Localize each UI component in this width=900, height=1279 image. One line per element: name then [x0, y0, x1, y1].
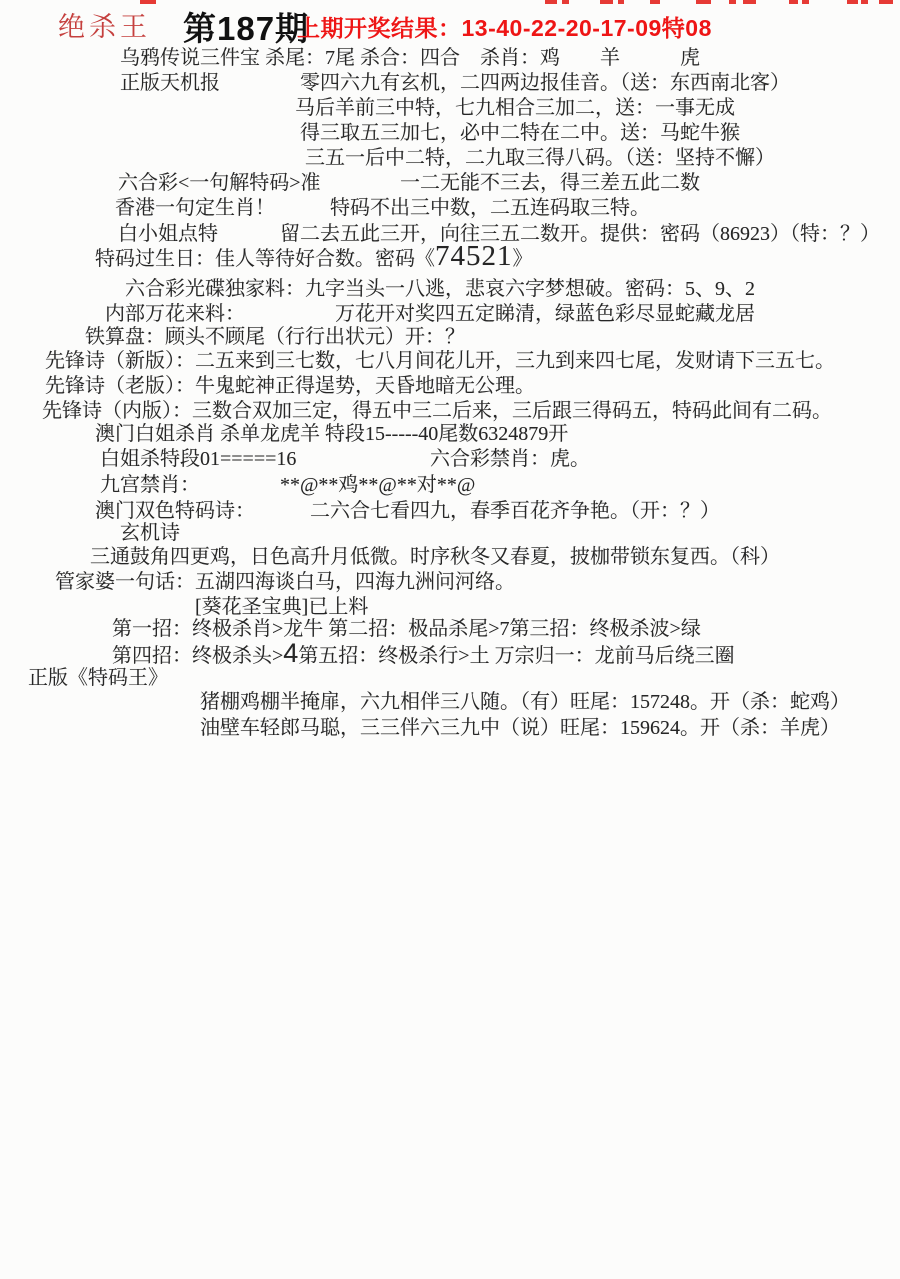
moves-4-5-post: 第五招：终极杀行>土 万宗归一：龙前马后绕三圈 [298, 645, 734, 667]
cutoff-text-artifact [847, 0, 858, 4]
line-tianjibao-label: 正版天机报 [120, 71, 220, 95]
line-hongkong-text: 特码不出三中数，二五连码取三特。 [330, 196, 650, 220]
line-tiesuanpan: 铁算盘：顾头不顾尾（行行出状元）开：？ [85, 325, 465, 349]
cutoff-text-artifact [545, 0, 557, 4]
cutoff-text-artifact [600, 0, 613, 4]
line-baixiaojie-text: 留二去五此三开，向往三五二数开。提供：密码（86923）（特：？） [280, 222, 880, 246]
cutoff-text-artifact [789, 0, 798, 4]
cutoff-text-artifact [861, 0, 868, 4]
line-banned-zodiac: 六合彩禁肖：虎。 [430, 447, 590, 471]
line-moves-1-2-3: 第一招：终极杀肖>龙牛 第二招：极品杀尾>7第三招：终极杀波>绿 [112, 617, 701, 641]
line-guanjiapo: 管家婆一句话：五湖四海谈白马，四海九洲问河络。 [55, 570, 515, 594]
moves-4-5-pre: 第四招：终极杀头> [112, 645, 283, 667]
line-wanhua-text: 万花开对奖四五定睇清，绿蓝色彩尽显蛇藏龙居 [335, 302, 755, 326]
issue-number: 第187期 [183, 3, 309, 50]
cutoff-text-artifact [140, 0, 156, 4]
line-wanhua-label: 内部万花来料： [105, 302, 245, 326]
line-hongkong-label: 香港一句定生肖！ [115, 196, 275, 220]
cutoff-text-artifact [696, 0, 711, 4]
birthday-code-pre: 特码过生日：佳人等待好合数。密码《 [95, 248, 435, 270]
cutoff-text-artifact [743, 0, 756, 4]
line-xuanjishi-title: 玄机诗 [120, 521, 180, 545]
line-temawang-title: 正版《特码王》 [28, 666, 168, 690]
lottery-tip-sheet: 绝杀王 第187期 上期开奖结果：13-40-22-20-17-09特08 乌鸦… [0, 0, 900, 1279]
line-crow-three-treasures: 乌鸦传说三件宝 杀尾：7尾 杀合：四合 杀肖：鸡 羊 虎 [120, 46, 700, 70]
line-baijie-shateduan: 白姐杀特段01=====16 [100, 447, 296, 471]
line-shuangse-label: 澳门双色特码诗： [95, 499, 255, 523]
line-birthday-code: 特码过生日：佳人等待好合数。密码《74521》 [95, 244, 533, 271]
line-moves-4-5: 第四招：终极杀头>4第五招：终极杀行>土 万宗归一：龙前马后绕三圈 [112, 641, 735, 668]
cutoff-text-artifact [650, 0, 660, 4]
line-jietema-label: 六合彩<一句解特码>准 [118, 171, 321, 195]
line-temawang-verse-2: 油壁车轻郎马聪，三三伴六三九中（说）旺尾：159624。开（杀：羊虎） [200, 716, 840, 740]
line-xuanjishi-poem: 三通鼓角四更鸡，日色高升月低微。时序秋冬又春夏，披枷带锁东复西。（科） [90, 545, 780, 569]
line-verse-2: 得三取五三加七，必中二特在二中。送：马蛇牛猴 [300, 121, 740, 145]
line-baixiaojie-label: 白小姐点特 [118, 222, 218, 246]
line-shuangse-text: 二六合七看四九，春季百花齐争艳。（开：？） [310, 499, 720, 523]
line-kuihua-title: [葵花圣宝典]已上料 [195, 595, 368, 619]
cutoff-text-artifact [562, 0, 569, 4]
birthday-code-number: 74521 [435, 240, 513, 272]
line-xianfeng-new: 先锋诗（新版）：二五来到三七数，七八月间花儿开，三九到来四七尾，发财请下三五七。 [45, 349, 835, 373]
line-verse-1: 马后羊前三中特，七九相合三加二，送：一事无成 [295, 96, 735, 120]
line-temawang-verse-1: 猪棚鸡棚半掩扉，六九相伴三八随。（有）旺尾：157248。开（杀：蛇鸡） [200, 690, 850, 714]
cutoff-text-artifact [618, 0, 624, 4]
line-verse-3: 三五一后中二特，二九取三得八码。（送：坚持不懈） [305, 146, 775, 170]
brand-title: 绝杀王 [58, 5, 151, 44]
line-xianfeng-old: 先锋诗（老版）：牛鬼蛇神正得逞势，天昏地暗无公理。 [45, 374, 535, 398]
line-jiugong-text: **@**鸡**@**对**@ [280, 473, 475, 497]
cutoff-text-artifact [802, 0, 809, 4]
line-tianjibao-text: 零四六九有玄机，二四两边报佳音。（送：东西南北客） [300, 71, 790, 95]
last-draw-result: 上期开奖结果：13-40-22-20-17-09特08 [297, 10, 712, 43]
cutoff-text-artifact [879, 0, 893, 4]
line-macau-baijie: 澳门白姐杀肖 杀单龙虎羊 特段15-----40尾数6324879开 [95, 422, 568, 446]
line-jiugong-label: 九宫禁肖： [100, 473, 200, 497]
birthday-code-post: 》 [513, 248, 533, 270]
moves-4-5-number: 4 [283, 638, 298, 668]
line-xianfeng-inner: 先锋诗（内版）：三数合双加三定，得五中三二后来，三后跟三得码五，特码此间有二码。 [42, 399, 832, 423]
line-cd-exclusive: 六合彩光碟独家料：九字当头一八逃，悲哀六字梦想破。密码：5、9、2 [125, 277, 755, 301]
cutoff-text-artifact [729, 0, 736, 4]
line-jietema-text: 一二无能不三去，得三差五此二数 [400, 171, 700, 195]
